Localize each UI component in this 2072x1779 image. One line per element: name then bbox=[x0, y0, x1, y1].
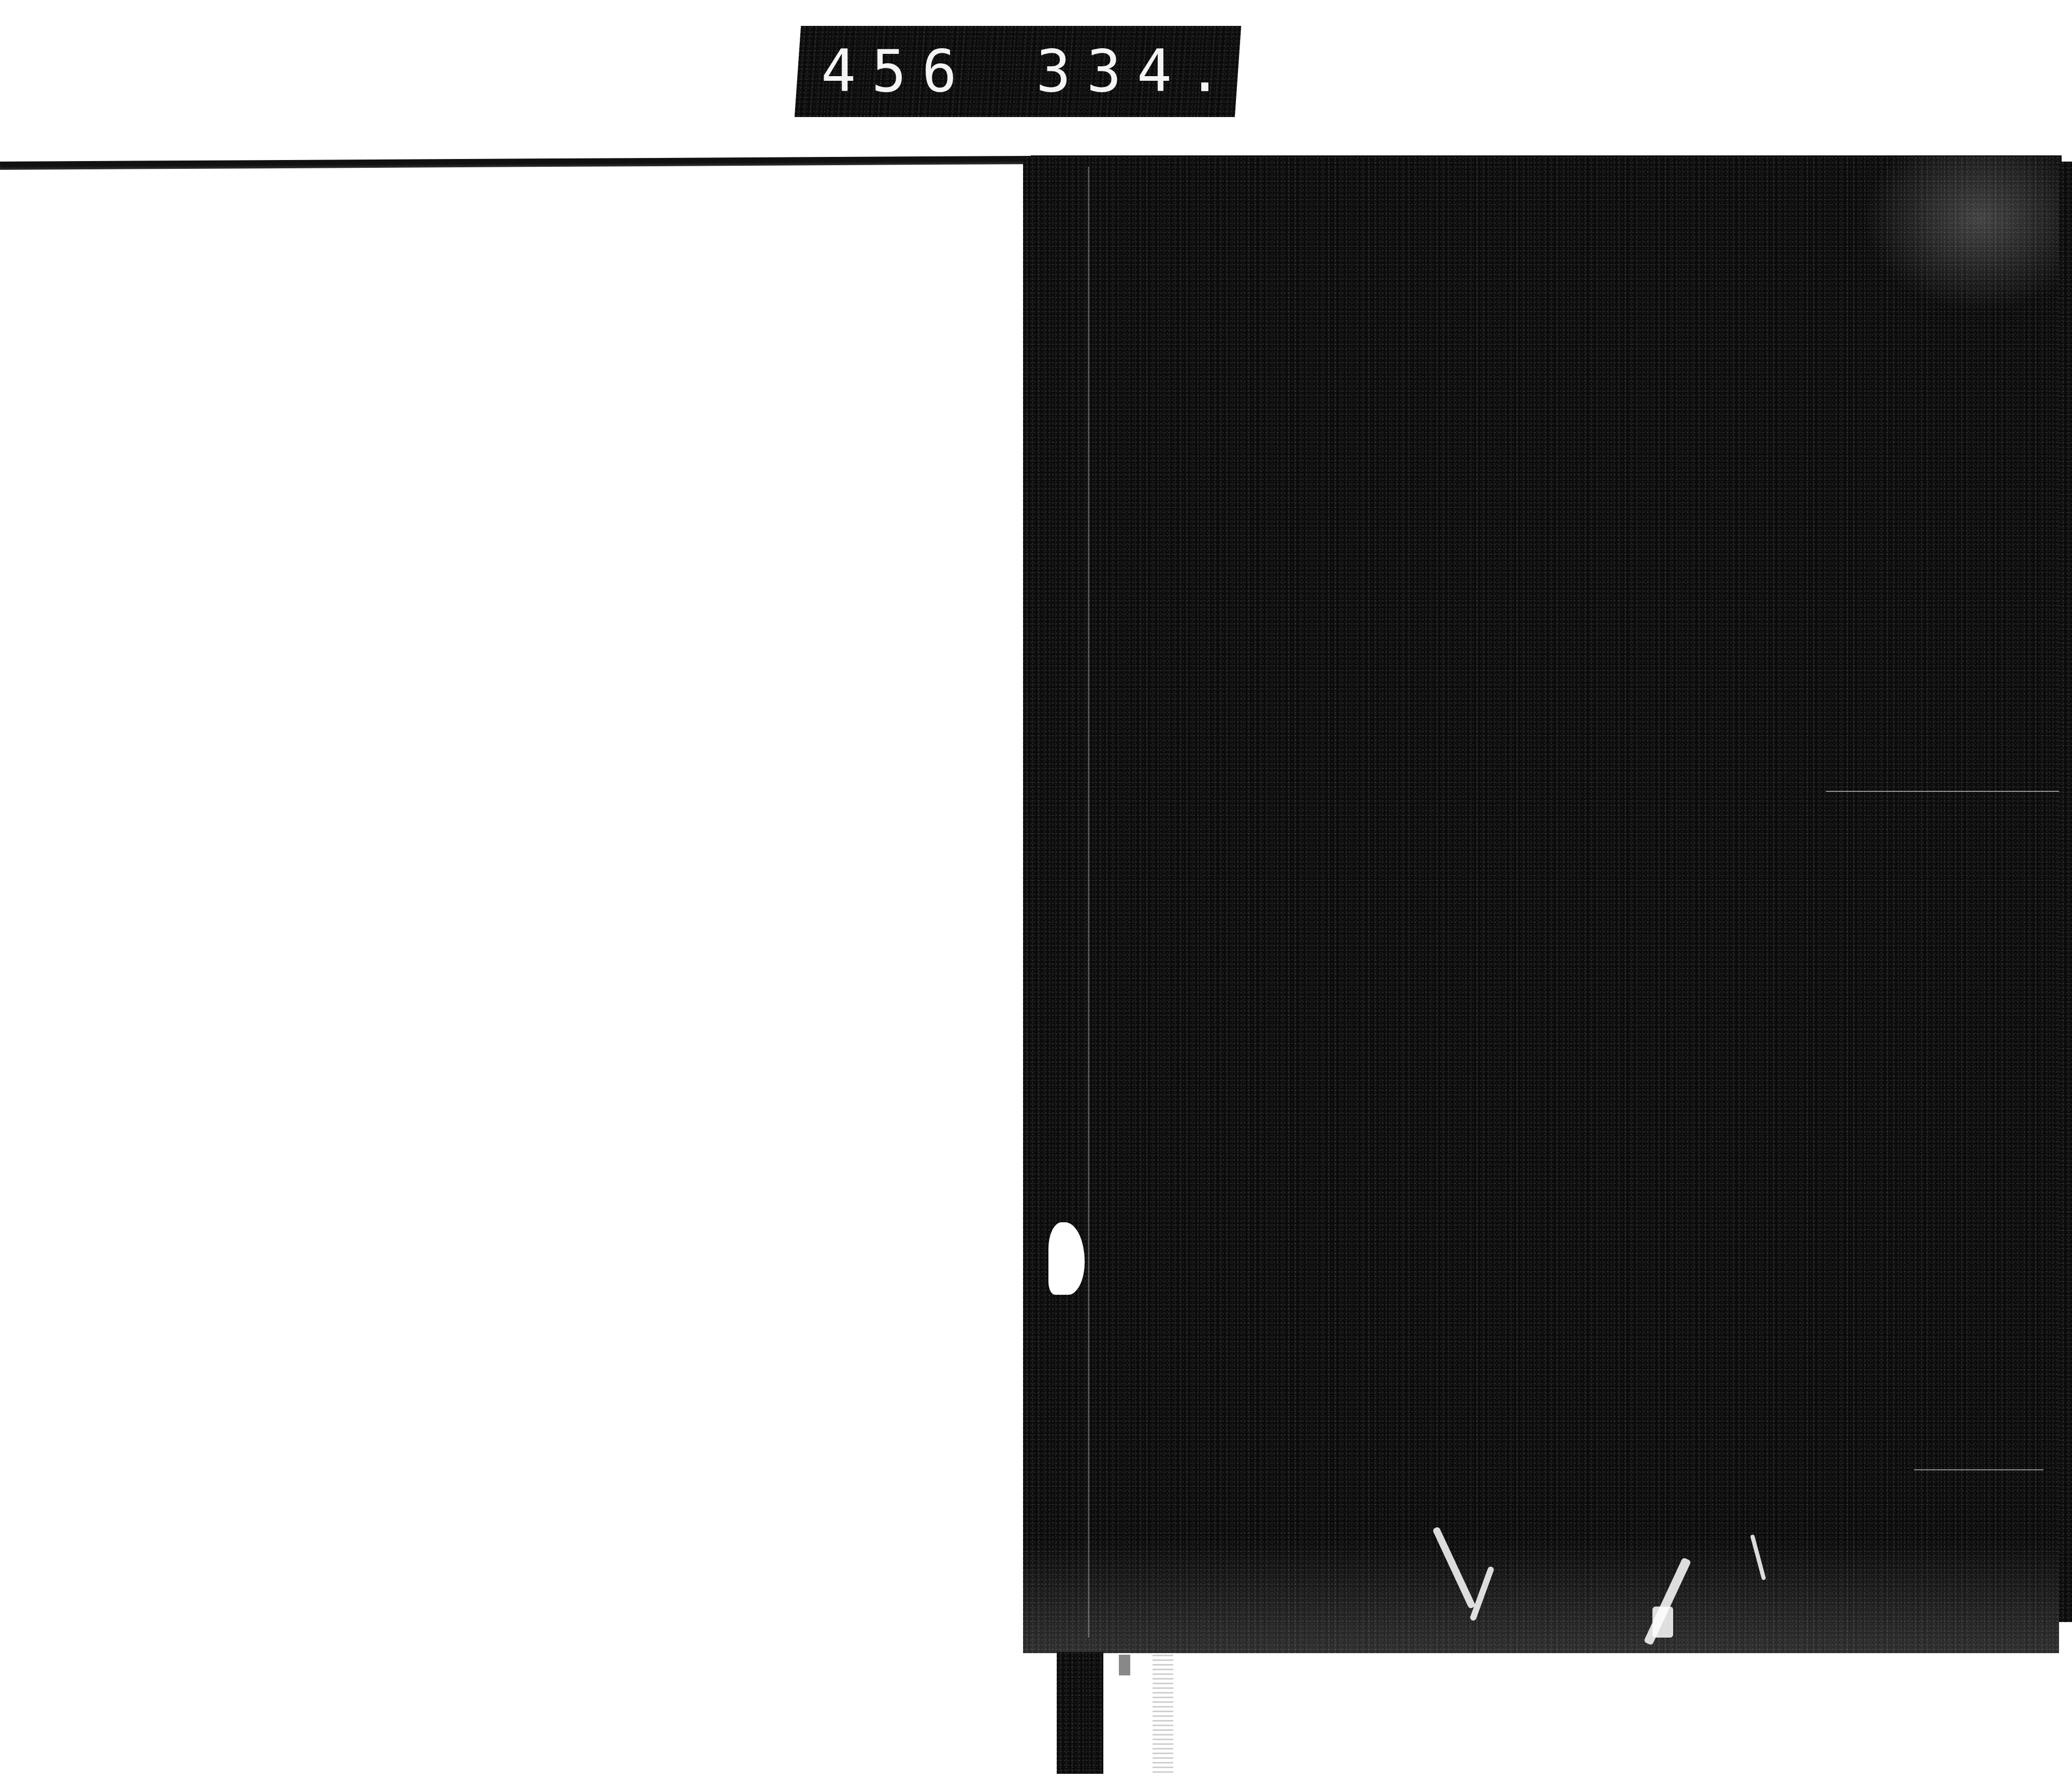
spine-hinge-line bbox=[1088, 167, 1089, 1638]
shelfmark-label: 456 334. bbox=[795, 26, 1241, 117]
shelfmark-right-number: 334. bbox=[1036, 38, 1238, 105]
board-right-edge bbox=[2059, 162, 2072, 1622]
bottom-spine-strip bbox=[1057, 1652, 1103, 1774]
bottom-faded-strip bbox=[1153, 1655, 1173, 1774]
bottom-grey-strip bbox=[1119, 1655, 1130, 1675]
board-top-edge-left bbox=[0, 156, 1031, 170]
corner-wear-mark bbox=[1862, 156, 2059, 312]
crease-mark bbox=[1826, 791, 2059, 792]
book-cover-board bbox=[1023, 156, 2059, 1653]
scratch-mark bbox=[1652, 1607, 1673, 1638]
shelfmark-left-number: 456 bbox=[821, 38, 972, 105]
bottom-edge-wear bbox=[1023, 1539, 2059, 1653]
crease-mark bbox=[1914, 1469, 2044, 1470]
